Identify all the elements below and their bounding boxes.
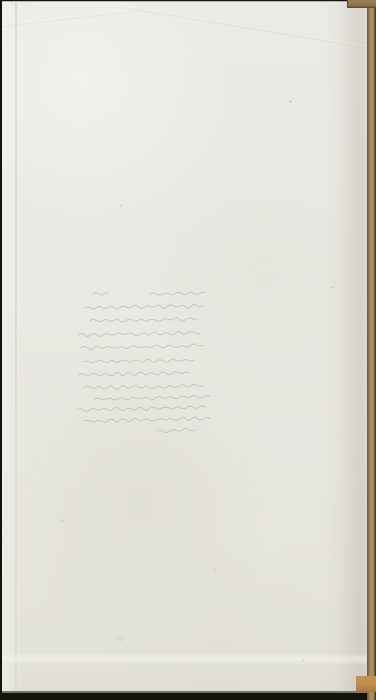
- scanned-page-photo: [0, 0, 376, 700]
- right-gutter-shading: [339, 1, 365, 691]
- top-left-crease: [2, 10, 133, 27]
- album-leaf-page: [2, 1, 367, 691]
- bottom-light-streak: [2, 653, 367, 665]
- paper-bottom-edge: [2, 691, 367, 693]
- binding-edge-strip: [367, 0, 376, 700]
- binding-corner-notch: [347, 0, 376, 8]
- binding-corner-patch: [356, 676, 376, 692]
- paper-specks: [2, 1, 3, 2]
- left-fold-line: [15, 1, 17, 691]
